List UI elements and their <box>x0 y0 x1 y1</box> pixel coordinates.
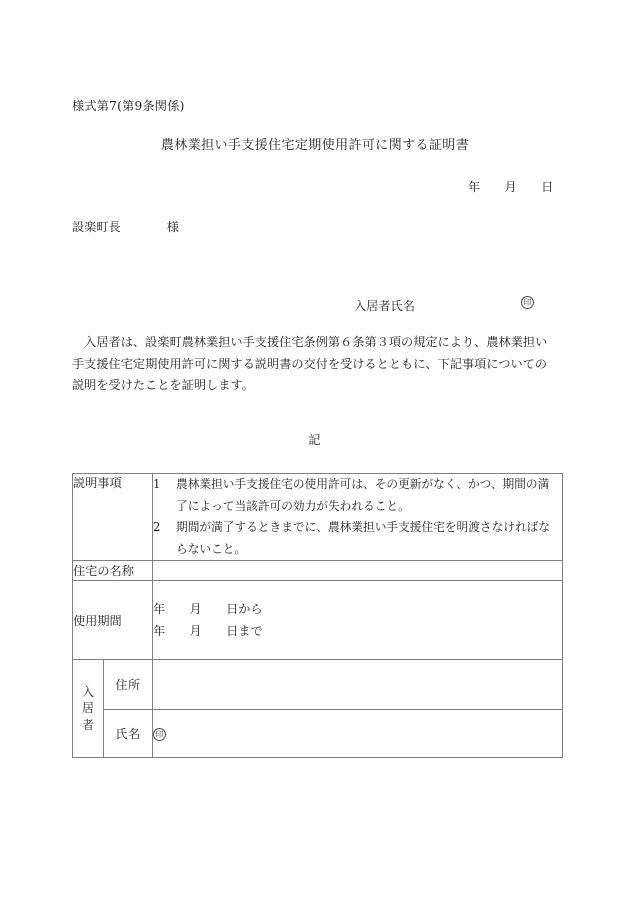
item-number: 1 <box>153 474 176 517</box>
table-row-resident-name: 氏名 印 <box>73 710 563 758</box>
intro-line: 手支援住宅定期使用許可に関する説明書の交付を受けるとともに、下記事項についての <box>72 354 564 376</box>
table-row-explanation: 説明事項 1 農林業担い手支援住宅の使用許可は、その更新がなく、かつ、期間の満 … <box>73 474 563 561</box>
intro-line: 説明を受けたことを証明します。 <box>72 375 564 397</box>
seal-label: 印 <box>156 731 164 739</box>
intro-paragraph: 入居者は、設楽町農林業担い手支援住宅条例第６条第３項の規定により、農林業担い 手… <box>72 332 564 397</box>
house-name-value-cell <box>153 561 563 581</box>
address-label-cell: 住所 <box>104 660 153 710</box>
item-text-line: らないこと。 <box>176 539 562 561</box>
item-text: 農林業担い手支援住宅の使用許可は、その更新がなく、かつ、期間の満 了によって当該… <box>176 474 562 517</box>
item-text-line: 農林業担い手支援住宅の使用許可は、その更新がなく、かつ、期間の満 <box>176 474 562 496</box>
period-from-line: 年 月 日から <box>153 598 562 620</box>
use-period-label-cell: 使用期間 <box>73 581 153 660</box>
house-name-label-cell: 住宅の名称 <box>73 561 153 581</box>
period-to-line: 年 月 日まで <box>153 620 562 642</box>
table-row-use-period: 使用期間 年 月 日から 年 月 日まで <box>73 581 563 660</box>
item-text: 期間が満了するときまでに、農林業担い手支援住宅を明渡さなければな らないこと。 <box>176 517 562 560</box>
item-text-line: 了によって当該許可の効力が失われること。 <box>176 496 562 518</box>
section-heading-ki: 記 <box>0 431 630 448</box>
document-title: 農林業担い手支援住宅定期使用許可に関する証明書 <box>0 134 630 153</box>
seal-icon: 印 <box>153 728 166 741</box>
explanation-item-2: 2 期間が満了するときまでに、農林業担い手支援住宅を明渡さなければな らないこと… <box>153 517 562 560</box>
table-row-resident-address: 入居者 住所 <box>73 660 563 710</box>
addressee-line: 設楽町長様 <box>72 218 179 235</box>
table-row-house-name: 住宅の名称 <box>73 561 563 581</box>
seal-icon: 印 <box>521 296 534 309</box>
use-period-value-cell: 年 月 日から 年 月 日まで <box>153 581 563 660</box>
resident-group-cell: 入居者 <box>73 660 104 758</box>
date-line: 年 月 日 <box>468 178 553 195</box>
intro-line: 入居者は、設楽町農林業担い手支援住宅条例第６条第３項の規定により、農林業担い <box>72 332 564 354</box>
addressee-honorific: 様 <box>167 220 179 234</box>
explanation-content-cell: 1 農林業担い手支援住宅の使用許可は、その更新がなく、かつ、期間の満 了によって… <box>153 474 563 561</box>
certificate-table: 説明事項 1 農林業担い手支援住宅の使用許可は、その更新がなく、かつ、期間の満 … <box>72 473 563 758</box>
resident-group-label: 入居者 <box>81 684 95 734</box>
name-value-cell: 印 <box>153 710 563 758</box>
address-value-cell <box>153 660 563 710</box>
addressee-name: 設楽町長 <box>72 220 121 234</box>
item-text-line: 期間が満了するときまでに、農林業担い手支援住宅を明渡さなければな <box>176 517 562 539</box>
name-label-cell: 氏名 <box>104 710 153 758</box>
item-number: 2 <box>153 517 176 560</box>
explanation-label-cell: 説明事項 <box>73 474 153 561</box>
resident-name-label: 入居者氏名 <box>354 297 415 314</box>
seal-label: 印 <box>524 299 532 307</box>
document-page: 様式第7(第9条関係) 農林業担い手支援住宅定期使用許可に関する証明書 年 月 … <box>0 0 630 903</box>
explanation-item-1: 1 農林業担い手支援住宅の使用許可は、その更新がなく、かつ、期間の満 了によって… <box>153 474 562 517</box>
form-number: 様式第7(第9条関係) <box>72 97 185 114</box>
